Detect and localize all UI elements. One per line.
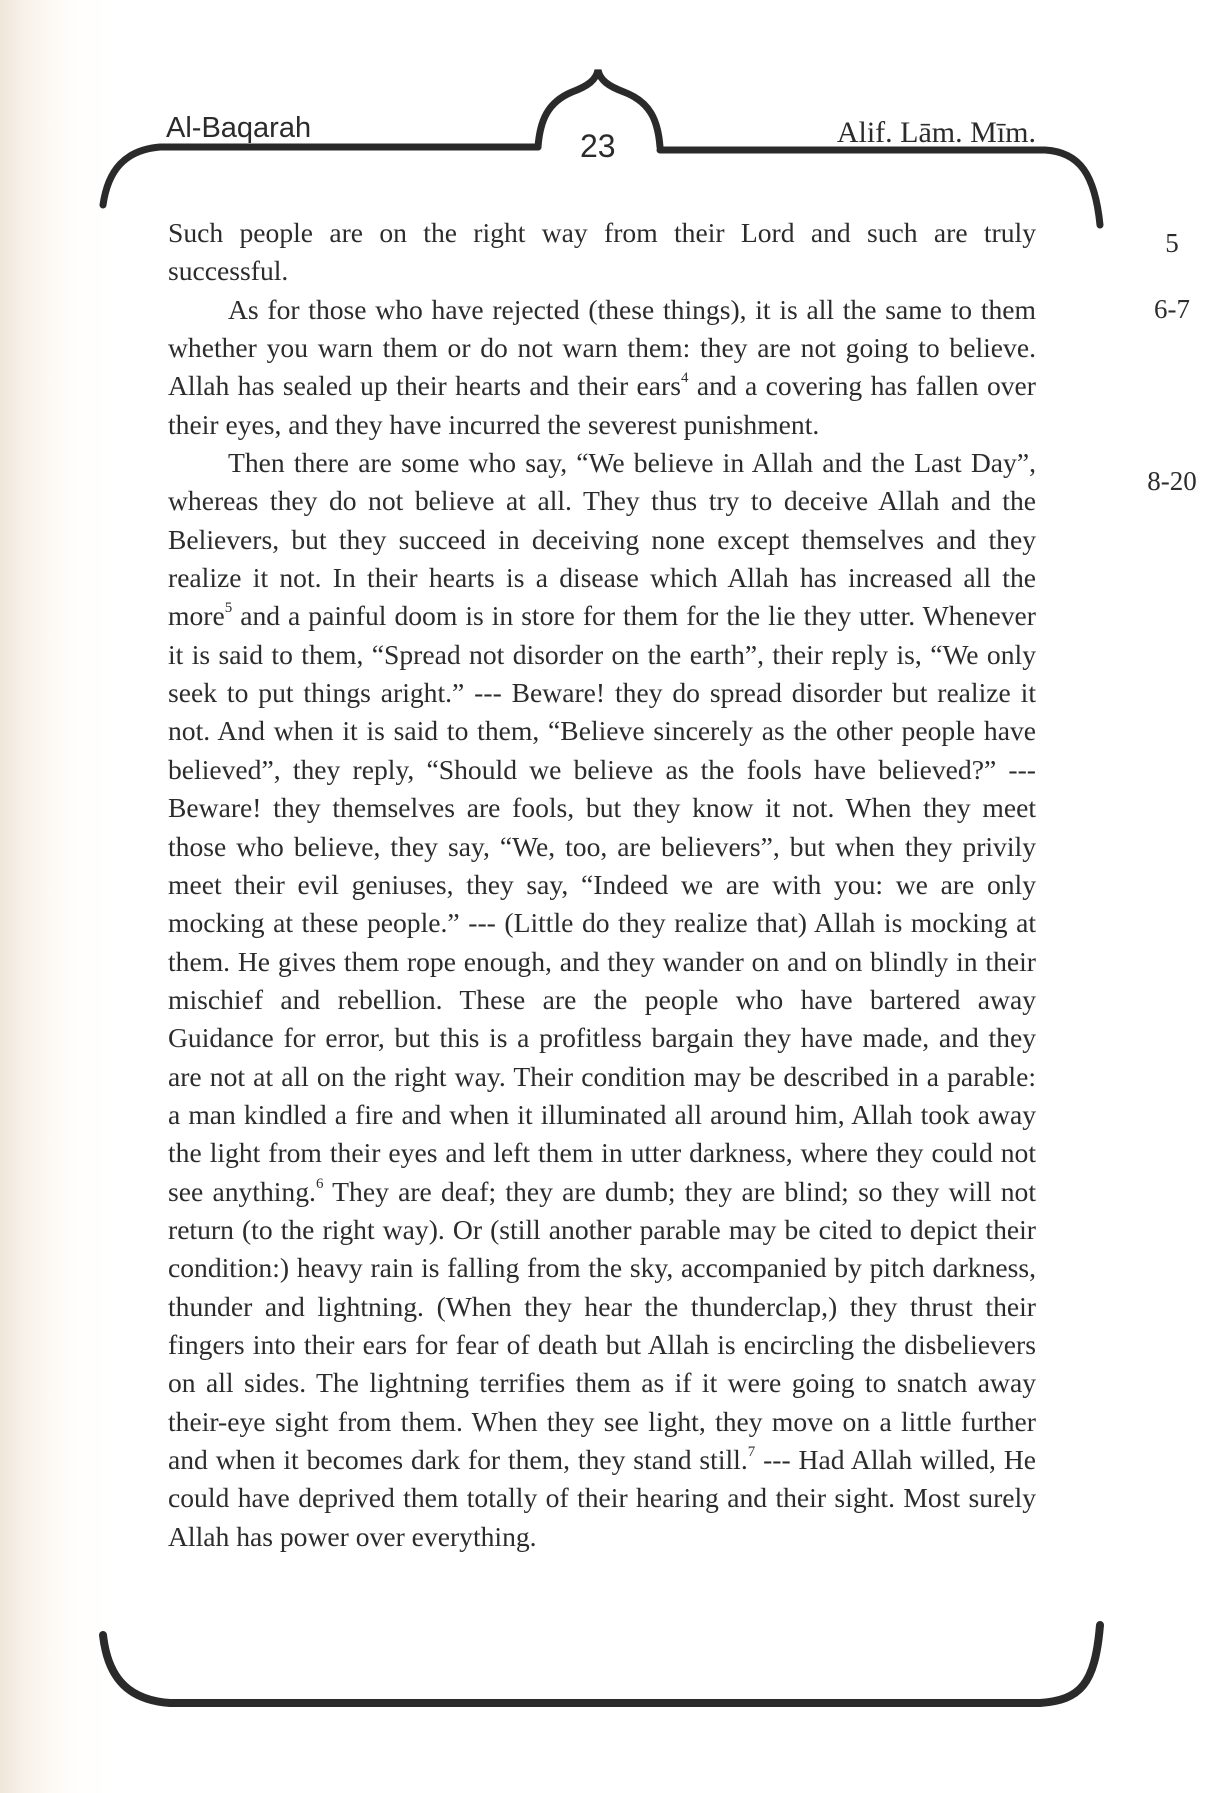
verse-ref-8-20: 8-20: [1132, 466, 1212, 497]
verse-ref-5: 5: [1132, 228, 1212, 259]
bottom-rule: [103, 1625, 1100, 1703]
running-head-surah: Al-Baqarah: [166, 112, 311, 145]
text-run: Such people are on the right way from th…: [168, 217, 1036, 286]
top-rule-left: [103, 147, 538, 205]
paragraph-1: Such people are on the right way from th…: [168, 214, 1036, 291]
running-head-section: Alif. Lām. Mīm.: [837, 116, 1036, 150]
paragraph-2: As for those who have rejected (these th…: [168, 291, 1036, 444]
paragraph-3: Then there are some who say, “We believe…: [168, 444, 1036, 1556]
text-run: They are deaf; they are dumb; they are b…: [168, 1176, 1036, 1475]
text-run: and a painful doom is in store for them …: [168, 600, 1036, 1206]
verse-ref-6-7: 6-7: [1132, 294, 1212, 325]
page-number: 23: [580, 128, 616, 165]
translation-body: Such people are on the right way from th…: [168, 214, 1036, 1556]
